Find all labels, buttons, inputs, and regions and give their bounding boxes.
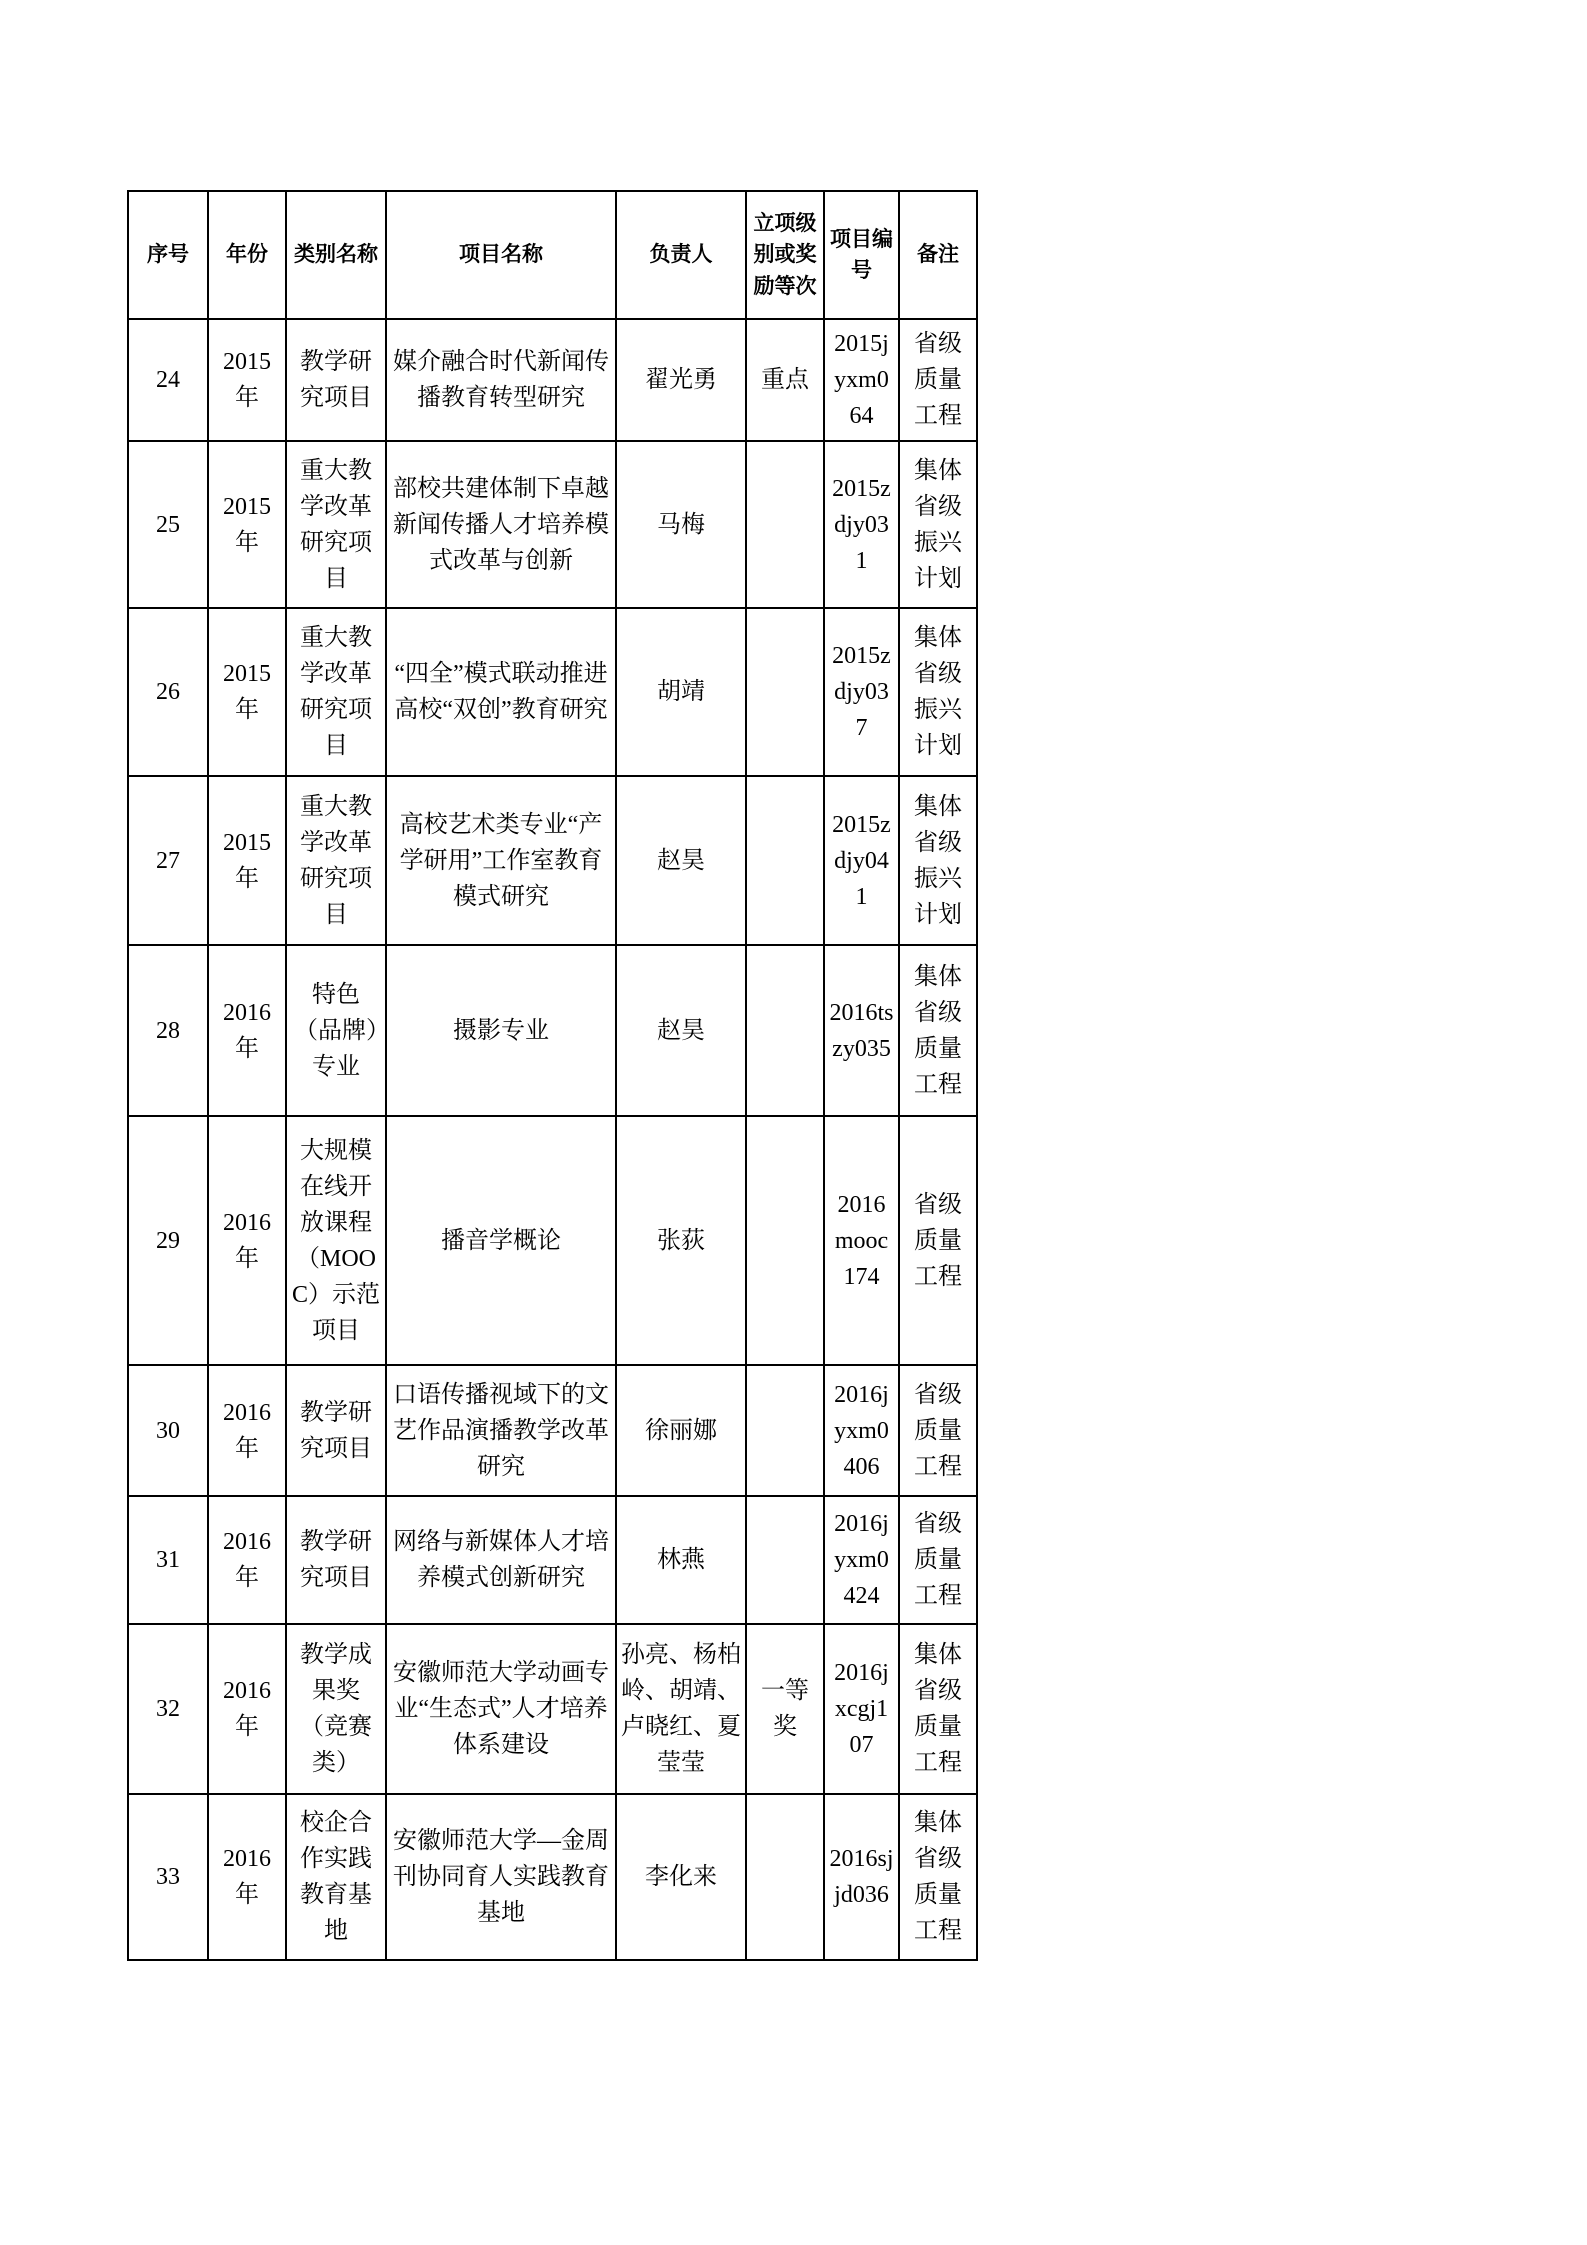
cell-level: 一等奖 xyxy=(746,1624,824,1794)
cell-category: 教学成果奖（竞赛类） xyxy=(286,1624,386,1794)
cell-category: 大规模在线开放课程（MOOC）示范项目 xyxy=(286,1116,386,1365)
cell-year: 2015年 xyxy=(208,441,286,608)
cell-code: 2016jyxm0406 xyxy=(824,1365,899,1496)
cell-year: 2015年 xyxy=(208,319,286,441)
cell-level xyxy=(746,608,824,776)
cell-note: 省级质量工程 xyxy=(899,1116,977,1365)
cell-no: 27 xyxy=(128,776,208,945)
cell-note: 集体省级振兴计划 xyxy=(899,776,977,945)
cell-level xyxy=(746,776,824,945)
table-row: 27 2015年 重大教学改革研究项目 高校艺术类专业“产学研用”工作室教育模式… xyxy=(128,776,977,945)
cell-leader: 赵昊 xyxy=(616,945,746,1116)
table-row: 32 2016年 教学成果奖（竞赛类） 安徽师范大学动画专业“生态式”人才培养体… xyxy=(128,1624,977,1794)
table-row: 33 2016年 校企合作实践教育基地 安徽师范大学—金周刊协同育人实践教育基地… xyxy=(128,1794,977,1960)
cell-project: 播音学概论 xyxy=(386,1116,616,1365)
cell-leader: 张荻 xyxy=(616,1116,746,1365)
cell-no: 32 xyxy=(128,1624,208,1794)
cell-level xyxy=(746,1365,824,1496)
cell-no: 25 xyxy=(128,441,208,608)
cell-no: 26 xyxy=(128,608,208,776)
cell-note: 集体省级质量工程 xyxy=(899,1794,977,1960)
table-row: 30 2016年 教学研究项目 口语传播视域下的文艺作品演播教学改革研究 徐丽娜… xyxy=(128,1365,977,1496)
cell-no: 29 xyxy=(128,1116,208,1365)
cell-year: 2016年 xyxy=(208,945,286,1116)
cell-code: 2015jyxm064 xyxy=(824,319,899,441)
cell-level: 重点 xyxy=(746,319,824,441)
header-leader: 负责人 xyxy=(616,191,746,319)
cell-level xyxy=(746,1116,824,1365)
cell-year: 2015年 xyxy=(208,608,286,776)
cell-category: 重大教学改革研究项目 xyxy=(286,608,386,776)
cell-project: 口语传播视域下的文艺作品演播教学改革研究 xyxy=(386,1365,616,1496)
cell-project: 部校共建体制下卓越新闻传播人才培养模式改革与创新 xyxy=(386,441,616,608)
cell-category: 教学研究项目 xyxy=(286,319,386,441)
cell-leader: 马梅 xyxy=(616,441,746,608)
cell-project: 高校艺术类专业“产学研用”工作室教育模式研究 xyxy=(386,776,616,945)
cell-code: 2016jxcgj107 xyxy=(824,1624,899,1794)
table-row: 25 2015年 重大教学改革研究项目 部校共建体制下卓越新闻传播人才培养模式改… xyxy=(128,441,977,608)
cell-note: 省级质量工程 xyxy=(899,1365,977,1496)
cell-year: 2016年 xyxy=(208,1365,286,1496)
cell-note: 集体省级质量工程 xyxy=(899,945,977,1116)
cell-project: 网络与新媒体人才培养模式创新研究 xyxy=(386,1496,616,1624)
cell-code: 2015zdjy041 xyxy=(824,776,899,945)
cell-no: 24 xyxy=(128,319,208,441)
cell-year: 2016年 xyxy=(208,1116,286,1365)
table-header-row: 序号 年份 类别名称 项目名称 负责人 立项级别或奖励等次 项目编号 备注 xyxy=(128,191,977,319)
cell-note: 集体省级振兴计划 xyxy=(899,608,977,776)
cell-project: 摄影专业 xyxy=(386,945,616,1116)
cell-code: 2015zdjy037 xyxy=(824,608,899,776)
cell-project: 安徽师范大学动画专业“生态式”人才培养体系建设 xyxy=(386,1624,616,1794)
cell-project: “四全”模式联动推进高校“双创”教育研究 xyxy=(386,608,616,776)
header-note: 备注 xyxy=(899,191,977,319)
cell-leader: 赵昊 xyxy=(616,776,746,945)
cell-year: 2016年 xyxy=(208,1624,286,1794)
cell-no: 30 xyxy=(128,1365,208,1496)
cell-no: 28 xyxy=(128,945,208,1116)
cell-note: 集体省级质量工程 xyxy=(899,1624,977,1794)
table-row: 26 2015年 重大教学改革研究项目 “四全”模式联动推进高校“双创”教育研究… xyxy=(128,608,977,776)
cell-note: 集体省级振兴计划 xyxy=(899,441,977,608)
cell-category: 重大教学改革研究项目 xyxy=(286,441,386,608)
cell-category: 教学研究项目 xyxy=(286,1365,386,1496)
cell-year: 2015年 xyxy=(208,776,286,945)
cell-year: 2016年 xyxy=(208,1794,286,1960)
cell-no: 33 xyxy=(128,1794,208,1960)
table-row: 28 2016年 特色（品牌）专业 摄影专业 赵昊 2016tszy035 集体… xyxy=(128,945,977,1116)
header-code: 项目编号 xyxy=(824,191,899,319)
header-no: 序号 xyxy=(128,191,208,319)
cell-leader: 翟光勇 xyxy=(616,319,746,441)
cell-category: 校企合作实践教育基地 xyxy=(286,1794,386,1960)
cell-code: 2016mooc174 xyxy=(824,1116,899,1365)
cell-level xyxy=(746,1496,824,1624)
table-row: 29 2016年 大规模在线开放课程（MOOC）示范项目 播音学概论 张荻 20… xyxy=(128,1116,977,1365)
cell-code: 2015zdjy031 xyxy=(824,441,899,608)
cell-project: 安徽师范大学—金周刊协同育人实践教育基地 xyxy=(386,1794,616,1960)
cell-level xyxy=(746,945,824,1116)
cell-year: 2016年 xyxy=(208,1496,286,1624)
cell-category: 重大教学改革研究项目 xyxy=(286,776,386,945)
cell-level xyxy=(746,441,824,608)
table-row: 31 2016年 教学研究项目 网络与新媒体人才培养模式创新研究 林燕 2016… xyxy=(128,1496,977,1624)
cell-leader: 李化来 xyxy=(616,1794,746,1960)
header-year: 年份 xyxy=(208,191,286,319)
cell-note: 省级质量工程 xyxy=(899,1496,977,1624)
cell-category: 教学研究项目 xyxy=(286,1496,386,1624)
cell-leader: 徐丽娜 xyxy=(616,1365,746,1496)
cell-leader: 孙亮、杨柏岭、胡靖、卢晓红、夏莹莹 xyxy=(616,1624,746,1794)
header-level: 立项级别或奖励等次 xyxy=(746,191,824,319)
projects-table: 序号 年份 类别名称 项目名称 负责人 立项级别或奖励等次 项目编号 备注 24… xyxy=(127,190,978,1961)
cell-category: 特色（品牌）专业 xyxy=(286,945,386,1116)
cell-level xyxy=(746,1794,824,1960)
cell-code: 2016sjjd036 xyxy=(824,1794,899,1960)
cell-leader: 胡靖 xyxy=(616,608,746,776)
header-project: 项目名称 xyxy=(386,191,616,319)
table-row: 24 2015年 教学研究项目 媒介融合时代新闻传播教育转型研究 翟光勇 重点 … xyxy=(128,319,977,441)
cell-code: 2016jyxm0424 xyxy=(824,1496,899,1624)
cell-note: 省级质量工程 xyxy=(899,319,977,441)
cell-no: 31 xyxy=(128,1496,208,1624)
cell-leader: 林燕 xyxy=(616,1496,746,1624)
header-category: 类别名称 xyxy=(286,191,386,319)
cell-code: 2016tszy035 xyxy=(824,945,899,1116)
cell-project: 媒介融合时代新闻传播教育转型研究 xyxy=(386,319,616,441)
